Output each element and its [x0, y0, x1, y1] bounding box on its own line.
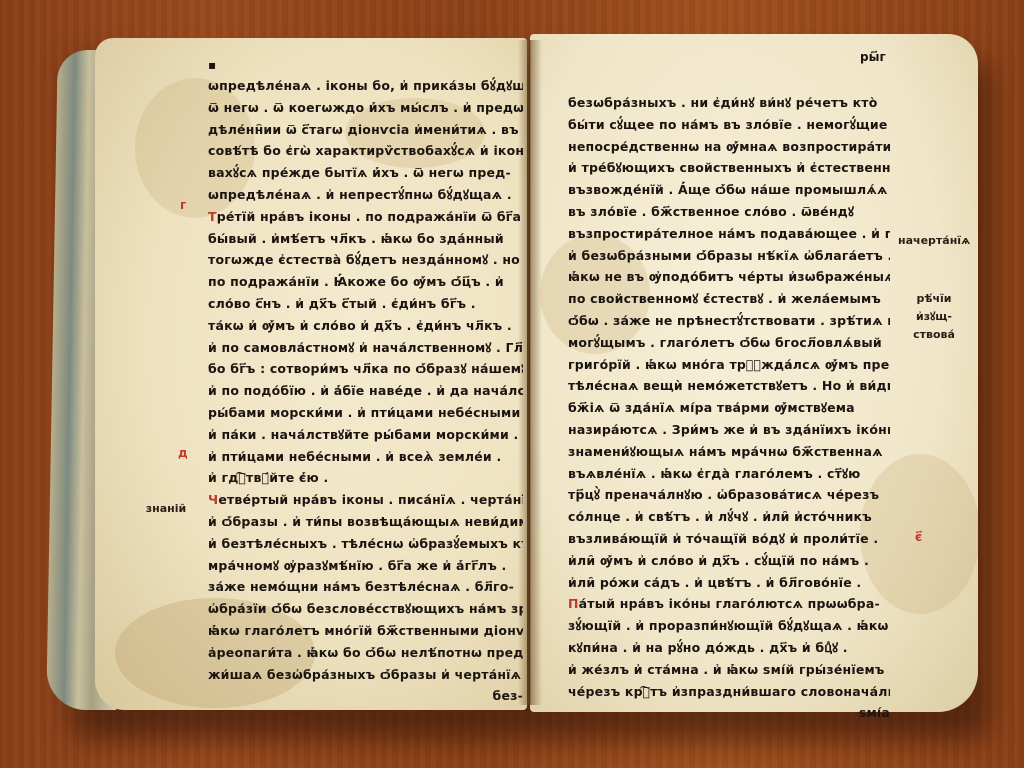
text-line: и҆ же́злъ и҆ ста́мна . и҆ ꙗ҆́кѡ ѕмі́й гр… — [568, 659, 890, 681]
text-line: по свойственномꙋ є҆́стествꙋ . и҆ жела́ем… — [568, 288, 890, 310]
text-line: и҆ гдⷭ҇твꙋ́йте є҆́ю . — [208, 467, 523, 489]
text-line: и҆ тре́бꙋющихъ свойственныхъ и҆ є҆стеств… — [568, 157, 890, 179]
text-line: възлива́ющїй и҆ то́чащїй во́дꙋ и҆ проли́… — [568, 528, 890, 550]
text-line: непосре́дственнѡ на ѹ҆́мнаѧ возпростира́… — [568, 136, 890, 158]
catchword: ѕмі́а — [568, 702, 890, 724]
section-start-line: Тре́тїй нра́въ іконы . по подража́нїи ѿ … — [208, 206, 523, 228]
text-line: ѡпредѣле́наѧ . іконы бо, и҆ прика́зы бꙋ́… — [208, 75, 523, 97]
text-line: по подража́нїи . Ꙗ҆́коже бо ѹ҆́мъ ѻ҆́ц҃ъ… — [208, 271, 523, 293]
text-line: бо бг҃ъ : сотвори́мъ чл҃ка по ѻ҆́бразꙋ н… — [208, 358, 523, 380]
text-line: и҆ по самовла́стномꙋ и҆ нача́лственномꙋ … — [208, 337, 523, 359]
text-line: и҆ па́ки . нача́лствꙋйте ры́бами морски́… — [208, 424, 523, 446]
margin-numeral: д — [178, 446, 188, 460]
text-line: кꙋпи́на . и҆ на рꙋ́но до́ждь . дх҃ъ и҆ б… — [568, 637, 890, 659]
text-line: бы́ти сꙋ́щее по на́мъ въ зло́вїе . немог… — [568, 114, 890, 136]
text-line: и҆ пти́цами небе́сными . и҆ всеѧ̀ земле́… — [208, 446, 523, 468]
text-line: ѡпредѣле́наѧ . и҆ непрестꙋ́пнѡ бꙋ́дꙋщаѧ … — [208, 184, 523, 206]
text-line: зꙋ́ющїй . и҆ проразпи́нꙋющїй бꙋ́дꙋщаѧ . … — [568, 615, 890, 637]
text-line: за́же немо́щни на́мъ безтѣле́снаѧ . бл҃г… — [208, 576, 523, 598]
text-line: сло́во с҃нъ . и҆ дх҃ъ с҃тый . є҆ди́нъ бг… — [208, 293, 523, 315]
text-line: тр҃цꙋ̀ пренача́лнꙋю . ѡ҆бразова́тисѧ че́… — [568, 484, 890, 506]
text-line: ѻ҆́бѡ . за́же не прѣнестꙋ́тствовати . зр… — [568, 310, 890, 332]
left-page-text: ѡпредѣле́наѧ . іконы бо, и҆ прика́зы бꙋ́… — [208, 75, 523, 707]
text-line: тогѡжде є҆стества̀ бꙋ́детъ нездáнномꙋ . … — [208, 249, 523, 271]
red-initial: Т — [208, 209, 217, 224]
margin-note: знаній — [136, 500, 196, 518]
text-line: ѿ негѡ . ѿ коегѡждо и҆́хъ мы́слъ . и҆ пр… — [208, 97, 523, 119]
folio-number: ры҃г — [860, 50, 886, 64]
text-line: ꙗ҆́кѡ глаго́летъ мно́гїй бж҃ственными ді… — [208, 620, 523, 642]
text-line: и҆ безтѣле́сныхъ . тѣле́снѡ ѡ҆бразꙋ́емых… — [208, 533, 523, 555]
text-line: совѣ́тѣ бо є҆гѡ̀ характирѷствобахꙋ́сѧ и҆… — [208, 140, 523, 162]
text-line: и҆ли̑ ро́жи са́дъ . и҆ цвѣ́тъ . и҆ бл҃го… — [568, 572, 890, 594]
margin-numeral: є҃ — [915, 530, 922, 544]
text-line: въ зло́вїе . бж҃ственное сло́во . ѿве́нд… — [568, 201, 890, 223]
text-line: че́резъ крⷭ҇тъ и҆зпраздни́вшаго словонач… — [568, 681, 890, 703]
margin-numeral: г — [180, 198, 186, 212]
red-initial: Ч — [208, 492, 218, 507]
text-line: и҆ли̑ ѹ҆́мъ и҆ сло́во и҆ дх҃ъ . сꙋ́щїй п… — [568, 550, 890, 572]
text-line: ѡ҆бра́зїи ѻ҆́бѡ безслове́сствꙋющихъ на́м… — [208, 598, 523, 620]
text-line: възвожде́нїй . А҆́ще ѻ҆́бѡ на́ше промышл… — [568, 179, 890, 201]
margin-note: рѣ́чїи и҆зꙋщ-ствова́ — [904, 290, 964, 344]
text-line: а҆реопаги́та . ꙗ҆́кѡ бо ѻ҆́бѡ нелѣ́потнѡ… — [208, 642, 523, 664]
text-line: дѣле́нн҄ии ѿ с҃тагѡ діонѵсіа и҆мени́тиѧ … — [208, 119, 523, 141]
text-line: григо́рїй . ꙗ҆́кѡ мно́га тр꙽ꙋжда́лсѧ ѹ҆́… — [568, 354, 890, 376]
text-line: бы́вый . и҆мѣ́етъ чл҃къ . ꙗ҆́кѡ бо зда́н… — [208, 228, 523, 250]
page-mark: ▪ — [208, 58, 216, 72]
text-line: и҆ ѻ҆́бразы . и҆ ти́пы возвѣща́ющыѧ неви… — [208, 511, 523, 533]
text-line: ꙗ҆́кѡ не въ ѹ҆подо́битъ че́рты и҆зѡбраже… — [568, 266, 890, 288]
text-line: могꙋ́щымъ . глаго́летъ ѻ҆́бѡ бгосл҃овлѧ́… — [568, 332, 890, 354]
text-line: въѧвле́нїѧ . ꙗ҆́кѡ є҆гда̀ глаго́лемъ . с… — [568, 463, 890, 485]
text-line: вахꙋ́сѧ пре́жде бытїѧ и҆́хъ . ѿ негѡ пре… — [208, 162, 523, 184]
text-line: та́кѡ и҆ ѹ҆́мъ и҆ сло́во и҆ дх҃ъ . є҆ди́… — [208, 315, 523, 337]
text-line: жи́шаѧ безѡ҆бра́зныхъ ѻ҆́бразы и҆ черта́… — [208, 664, 523, 686]
text-line: бж҃іѧ ѿ зда́нїѧ мі́ра тва́рми ѹ҆́мствꙋем… — [568, 397, 890, 419]
section-start-line: Четве́ртый нра́въ іконы . писа́нїѧ . чер… — [208, 489, 523, 511]
text-line: и҆ безѡбра́зными ѻ҆́бразы нѣ́кїѧ ѡ҆блага… — [568, 245, 890, 267]
section-start-line: Па́тый нра́въ іко́ны глаго́лютсѧ прѡѡбра… — [568, 593, 890, 615]
right-page-text: безѡбра́зныхъ . ни є҆ди́нꙋ ви́нꙋ ре́четъ… — [568, 92, 890, 724]
text-line: знамени́ꙋющыѧ на́мъ мра́чнѡ бж҃ственнаѧ — [568, 441, 890, 463]
text-line: възпростира́телное на́мъ подава́ющее . и… — [568, 223, 890, 245]
text-line: назира́ютсѧ . Зри́мъ же и҆ въ зда́нїихъ … — [568, 419, 890, 441]
text-line: и҆ по подо́бїю . и҆ а҆́бїе наве́де . и҆ … — [208, 380, 523, 402]
text-line: мра́чномꙋ ѹ҆разꙋмѣ́нїю . бг҃а же и҆ а҆́г… — [208, 555, 523, 577]
margin-note: начерта́нїѧ — [898, 232, 968, 250]
text-line: безѡбра́зныхъ . ни є҆ди́нꙋ ви́нꙋ ре́четъ… — [568, 92, 890, 114]
text-line: ры́бами морски́ми . и҆ пти́цами небе́сны… — [208, 402, 523, 424]
text-line: со́лнце . и҆ свѣ́тъ . и҆ лꙋ́чꙋ . и҆ли̑ и… — [568, 506, 890, 528]
text-line: тѣле́снаѧ вещѝ немо́жетствꙋетъ . Но и҆ в… — [568, 375, 890, 397]
catchword: без- — [208, 685, 523, 707]
red-initial: П — [568, 596, 579, 611]
